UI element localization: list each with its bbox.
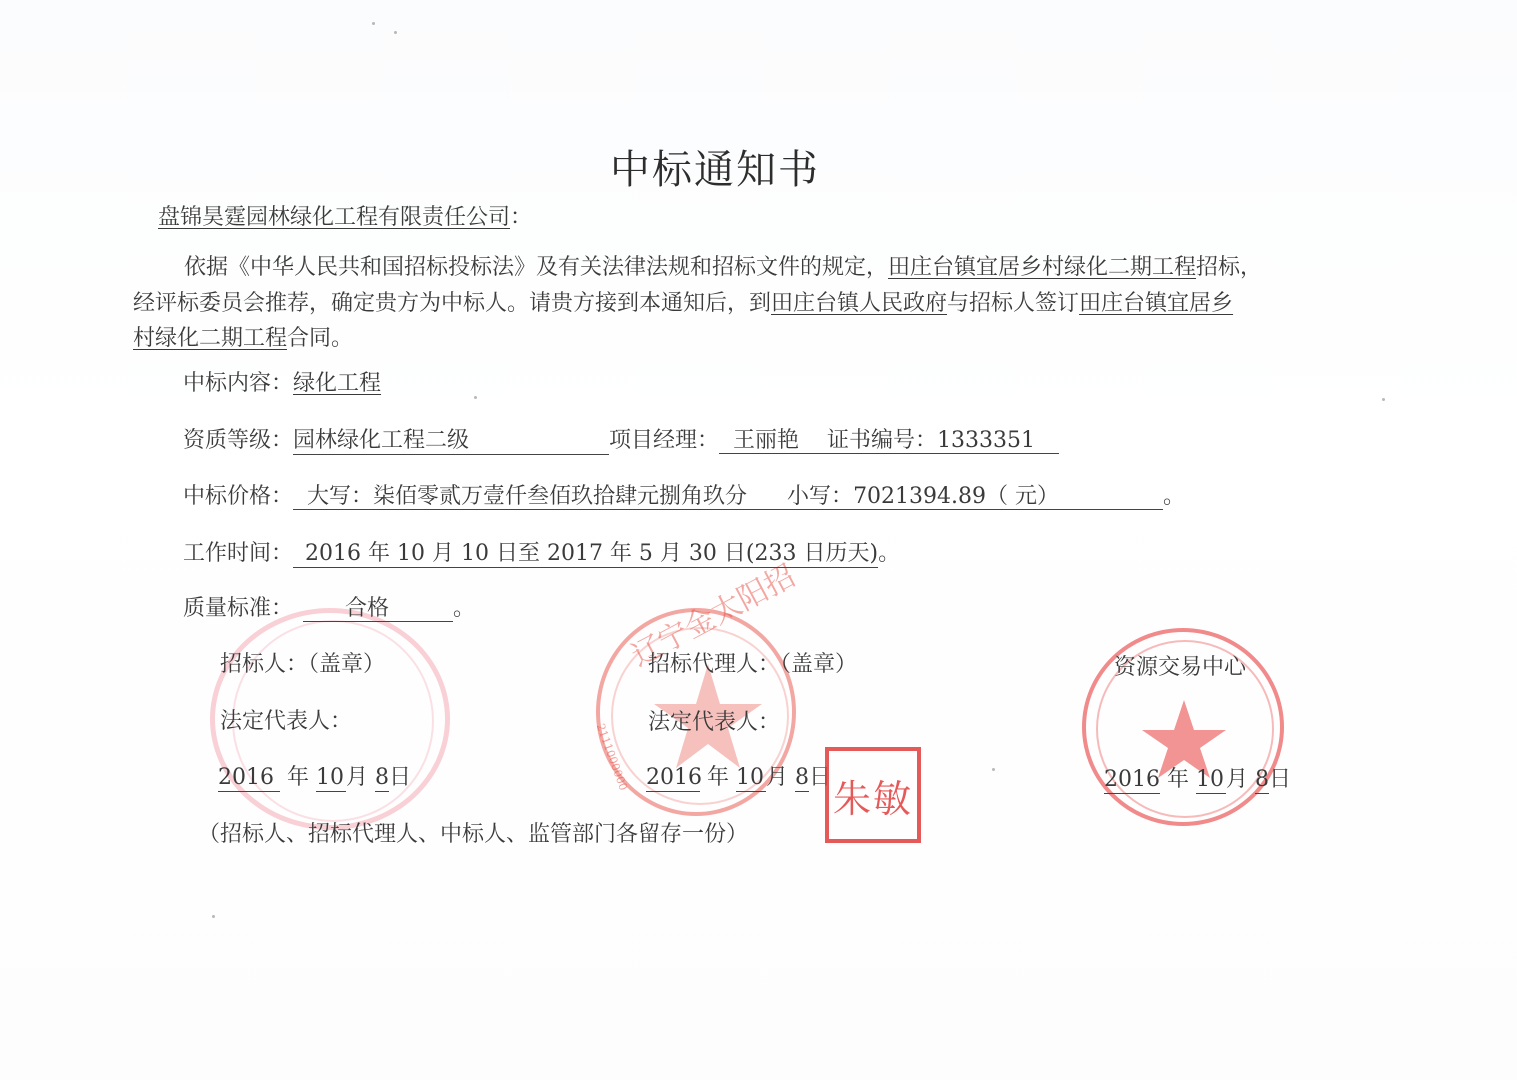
paragraph-text: 招标， [1196,255,1262,280]
field-label: 资质等级： [183,428,293,453]
content-value: 绿化工程 [293,371,381,396]
price-unit: （ 元） [986,484,1059,509]
date-month-suffix: 月 [766,765,788,790]
field-quality: 质量标准：合格。 [183,596,475,622]
quality-value: 合格 [303,597,453,622]
field-label: 质量标准： [183,596,293,621]
date-day-suffix: 日 [1269,767,1291,792]
manager-cert-field: 王丽艳证书编号：1333351 [719,429,1059,454]
agent-date: 2016 年 10月 8日 [646,765,831,792]
agent-seal-code: 2111000000 [594,722,630,792]
project-name: 田庄台镇宜居乡村绿化二期工程 [888,255,1196,280]
date-year: 2016 [646,766,700,792]
project-name: 田庄台镇宜居乡 [1079,291,1233,316]
recipient-line: 盘锦昊霆园林绿化工程有限责任公司： [158,205,532,231]
paragraph-text: 经评标委员会推荐，确定贵方为中标人。请贵方接到本通知后，到 [133,291,771,316]
work-time-end: 。 [878,541,900,566]
tenderer-date: 2016 年 10月 8日 [218,765,411,792]
recipient-colon: ： [510,205,532,230]
date-month-suffix: 月 [1226,767,1248,792]
quality-end: 。 [453,596,475,621]
field-label: 项目经理： [609,428,719,453]
price-upper-value: 柒佰零贰万壹仟叁佰玖拾肆元捌角玖分 [373,484,747,509]
field-work-time: 工作时间：2016 年 10 月 10 日至 2017 年 5 月 30 日(2… [183,541,900,568]
paragraph-text: 合同。 [287,326,353,351]
paragraph-text: 依据《中华人民共和国招标投标法》及有关法律法规和招标文件的规定， [184,255,888,280]
agent-label: 招标代理人：（盖章） [648,652,857,678]
footnote: （招标人、招标代理人、中标人、监管部门各留存一份） [198,822,748,848]
legal-rep-seal: 朱敏 [825,747,921,843]
scan-speck [992,768,995,771]
scan-speck [372,22,375,25]
date-day-suffix: 日 [389,765,411,790]
field-qualification: 资质等级：园林绿化工程二级项目经理：王丽艳证书编号：1333351 [183,428,1059,455]
recipient-name: 盘锦昊霆园林绿化工程有限责任公司 [158,205,510,230]
date-month-suffix: 月 [346,765,368,790]
contract-place: 田庄台镇人民政府 [771,291,947,316]
price-lower-value: 7021394.89 [853,484,986,509]
date-year: 2016 [1104,768,1160,794]
work-time-value: 2016 年 10 月 10 日至 2017 年 5 月 30 日(233 日历… [293,542,878,568]
certificate-value: 1333351 [937,428,1035,453]
field-label: 工作时间： [183,541,293,566]
tenderer-label: 招标人：（盖章） [220,652,385,678]
date-month: 10 [736,766,766,792]
date-day: 8 [795,766,809,792]
date-day: 8 [375,766,389,792]
scan-speck [394,31,397,34]
agent-rep-label: 法定代表人： [648,710,780,736]
manager-value: 王丽艳 [733,428,799,453]
field-label: 证书编号： [827,428,937,453]
paragraph-line-1: 依据《中华人民共和国招标投标法》及有关法律法规和招标文件的规定，田庄台镇宜居乡村… [184,255,1262,281]
date-month: 10 [1196,768,1226,794]
field-label: 中标价格： [183,484,293,509]
tenderer-rep-label: 法定代表人： [220,709,352,735]
qualification-value: 园林绿化工程二级 [293,429,609,455]
date-year-suffix: 年 [1167,767,1189,792]
field-content: 中标内容：绿化工程 [183,371,381,397]
field-label: 中标内容： [183,371,293,396]
scan-speck [1382,398,1385,401]
trading-center-date: 2016 年 10月 8日 [1104,767,1291,794]
project-name: 村绿化二期工程 [133,326,287,351]
paragraph-text: 与招标人签订 [947,291,1079,316]
date-day: 8 [1255,768,1269,794]
scan-speck [474,396,477,399]
scan-speck [212,915,215,918]
date-year-suffix: 年 [707,765,729,790]
field-label: 小写： [787,484,853,509]
page-title: 中标通知书 [610,138,820,195]
price-end: 。 [1163,484,1185,509]
date-year: 2016 [218,766,280,792]
date-year-suffix: 年 [287,765,309,790]
date-month: 10 [316,766,346,792]
field-label: 大写： [307,484,373,509]
paragraph-line-3: 村绿化二期工程合同。 [133,326,353,352]
document-page: 辽宁金太阳招 2111000000 中标通知书 盘锦昊霆园林绿化工程有限责任公司… [0,0,1517,1080]
paragraph-line-2: 经评标委员会推荐，确定贵方为中标人。请贵方接到本通知后，到田庄台镇人民政府与招标… [133,291,1233,317]
price-field: 大写：柒佰零贰万壹仟叁佰玖拾肆元捌角玖分小写：7021394.89（ 元） [293,485,1163,510]
trading-center-label: 资源交易中心 [1114,655,1246,681]
field-price: 中标价格：大写：柒佰零贰万壹仟叁佰玖拾肆元捌角玖分小写：7021394.89（ … [183,484,1185,510]
